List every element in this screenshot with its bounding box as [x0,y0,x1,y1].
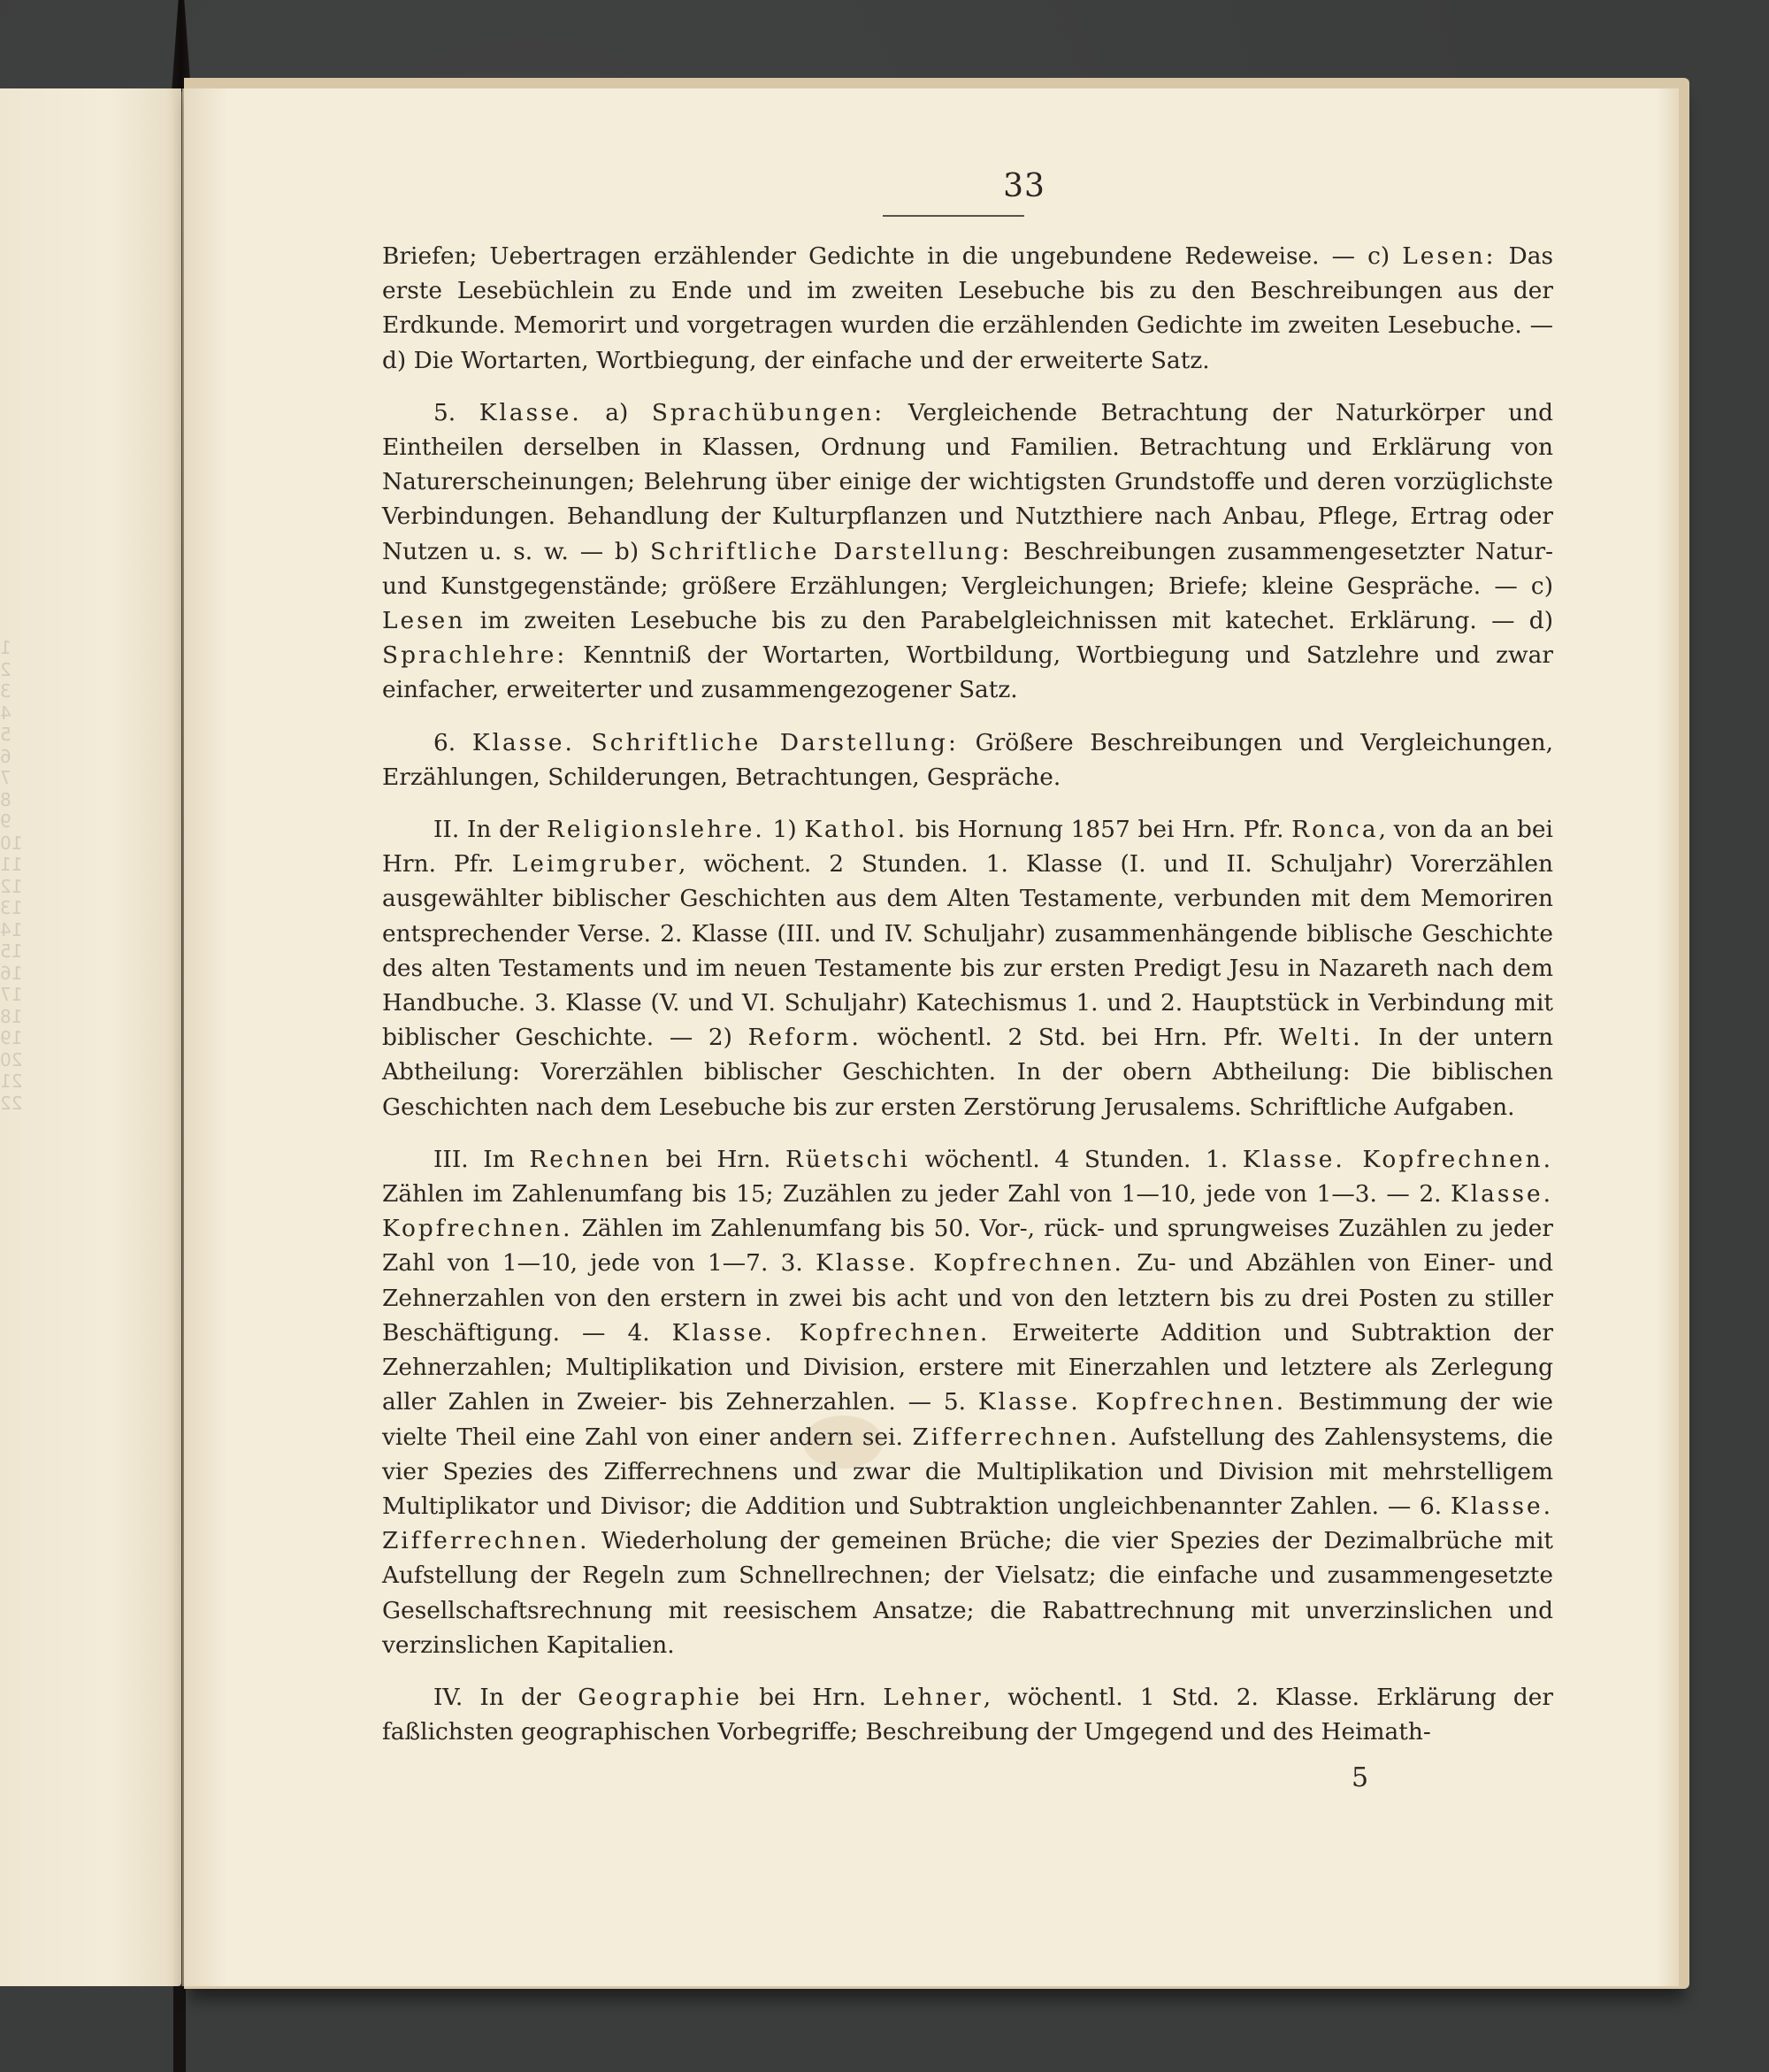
emphasized-term: Geographie [578,1684,742,1711]
emphasized-term: Lesen [382,607,465,634]
emphasized-term: Zifferrechnen. [912,1424,1120,1451]
paragraph-arithmetic: III. Im Rechnen bei Hrn. Rüetschi wöchen… [382,1142,1553,1662]
margin-number: 18 [0,1006,27,1028]
margin-number: 7 [0,767,27,789]
margin-number: 4 [0,702,27,725]
margin-number: 5 [0,724,27,746]
emphasized-term: Lehner [883,1684,983,1711]
emphasized-term: Ronca [1291,816,1378,843]
emphasized-term: Zifferrechnen. [382,1527,590,1554]
margin-number: 21 [0,1071,27,1093]
book-page: 33 Briefen; Uebertragen erzählender Gedi… [184,88,1679,1986]
emphasized-term: Klasse. Kopfrechnen. [978,1388,1286,1416]
facing-page-bleedthrough-numbers: 12345678910111213141516171819202122 [0,637,27,1114]
page-body-text: Briefen; Uebertragen erzählender Gedicht… [382,239,1553,1749]
emphasized-term: Klasse. [472,729,575,756]
margin-number: 13 [0,897,27,919]
margin-number: 6 [0,746,27,768]
signature-mark: 5 [1352,1762,1368,1793]
emphasized-term: Leimgruber [512,850,678,878]
emphasized-term: Klasse. [1451,1493,1553,1520]
book-spine-bottom [173,1986,186,2072]
emphasized-term: Schriftliche Darstellung: [650,538,1012,565]
emphasized-term: Rüetschi [785,1146,910,1173]
margin-number: 8 [0,789,27,811]
facing-page-left: 12345678910111213141516171819202122 [0,88,181,1986]
emphasized-term: Klasse. Kopfrechnen. [816,1249,1124,1277]
margin-number: 11 [0,854,27,876]
margin-number: 16 [0,963,27,985]
margin-number: 2 [0,659,27,681]
paragraph: Briefen; Uebertragen erzählender Gedicht… [382,239,1553,378]
margin-number: 17 [0,984,27,1006]
emphasized-term: Sprachlehre: [382,641,567,669]
emphasized-term: Schriftliche Darstellung: [592,729,959,756]
emphasized-term: Welti. [1279,1024,1362,1051]
margin-number: 9 [0,810,27,833]
page-number: 33 [184,168,1679,204]
emphasized-term: Rechnen [529,1146,651,1173]
paragraph-class-6: 6. Klasse. Schriftliche Darstellung: Grö… [382,725,1553,794]
margin-number: 1 [0,637,27,659]
margin-number: 3 [0,680,27,702]
emphasized-term: Reform. [748,1024,862,1051]
emphasized-term: Klasse. Kopfrechnen. [382,1180,1553,1242]
emphasized-term: Sprachübungen: [652,399,884,426]
paragraph-class-5: 5. Klasse. a) Sprachübungen: Vergleichen… [382,395,1553,708]
emphasized-term: Lesen: [1402,242,1496,270]
emphasized-term: Klasse. Kopfrechnen. [672,1319,991,1347]
paragraph-geography: IV. In der Geographie bei Hrn. Lehner, w… [382,1680,1553,1749]
emphasized-term: Klasse. Kopfrechnen. [1243,1146,1553,1173]
emphasized-term: Religionslehre. [547,816,765,843]
paragraph-religion: II. In der Religionslehre. 1) Kathol. bi… [382,812,1553,1124]
header-rule [883,215,1024,217]
emphasized-term: Klasse. [479,399,582,426]
margin-number: 20 [0,1049,27,1071]
margin-number: 14 [0,919,27,941]
margin-number: 12 [0,876,27,898]
margin-number: 10 [0,833,27,855]
emphasized-term: Kathol. [804,816,907,843]
margin-number: 15 [0,940,27,963]
margin-number: 22 [0,1093,27,1115]
margin-number: 19 [0,1027,27,1049]
